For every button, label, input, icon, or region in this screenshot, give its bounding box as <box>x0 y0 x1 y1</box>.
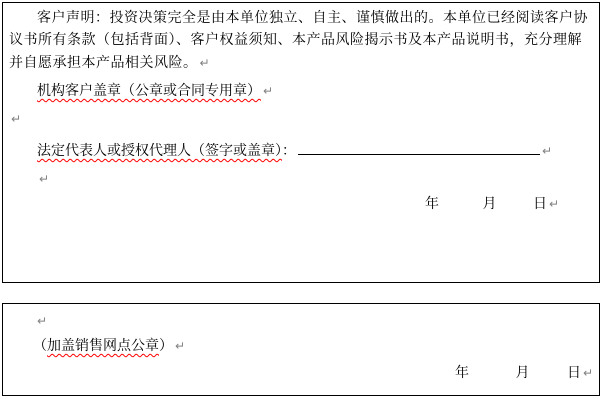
document-page: 客户声明：投资决策完全是由本单位独立、自主、谨慎做出的。本单位已经阅读客户协议书… <box>0 0 604 399</box>
date-line: 年 月 日↵ <box>425 193 559 216</box>
empty-paragraph: ↵ <box>9 108 21 131</box>
date-month-label: 月 <box>482 194 496 216</box>
legal-rep-colon: ： <box>282 144 296 159</box>
date-month-label: 月 <box>515 363 529 385</box>
paragraph-mark-icon: ↵ <box>37 172 49 186</box>
paragraph-mark-icon: ↵ <box>547 197 559 211</box>
seal-note-close-paren: ） <box>159 339 173 354</box>
empty-paragraph: ↵ <box>35 310 47 333</box>
paragraph-mark-icon: ↵ <box>540 144 552 158</box>
declaration-statement-text: 客户声明：投资决策完全是由本单位独立、自主、谨慎做出的。本单位已经阅读客户协议书… <box>9 11 588 71</box>
signature-blank-line[interactable] <box>298 140 540 155</box>
date-day-label: 日 <box>567 363 581 385</box>
declaration-box: 客户声明：投资决策完全是由本单位独立、自主、谨慎做出的。本单位已经阅读客户协议书… <box>2 2 600 283</box>
date-year-label: 年 <box>425 194 439 216</box>
date-line: 年 月 日↵ <box>455 362 593 385</box>
seal-note-label: 加盖销售网点公章 <box>47 339 159 354</box>
date-day-label: 日 <box>533 194 547 216</box>
empty-paragraph: ↵ <box>37 168 49 191</box>
paragraph-mark-icon: ↵ <box>261 84 273 98</box>
org-seal-label: 机构客户盖章（公章或合同专用章） <box>37 84 261 99</box>
paragraph-mark-icon: ↵ <box>9 112 21 126</box>
declaration-statement: 客户声明：投资决策完全是由本单位独立、自主、谨慎做出的。本单位已经阅读客户协议书… <box>9 8 593 75</box>
sales-seal-line: （加盖销售网点公章）↵ <box>33 335 185 358</box>
date-year-label: 年 <box>455 363 469 385</box>
seal-note-open-paren: （ <box>33 339 47 354</box>
paragraph-mark-icon: ↵ <box>198 56 211 70</box>
legal-rep-line: 法定代表人或授权代理人（签字或盖章）：↵ <box>9 140 552 163</box>
paragraph-mark-icon: ↵ <box>581 366 593 380</box>
paragraph-mark-icon: ↵ <box>35 314 47 328</box>
org-seal-line: 机构客户盖章（公章或合同专用章）↵ <box>9 80 273 103</box>
sales-seal-box: ↵ （加盖销售网点公章）↵ 年 月 日↵ <box>2 303 600 396</box>
paragraph-mark-icon: ↵ <box>173 339 185 353</box>
legal-rep-label: 法定代表人或授权代理人（签字或盖章） <box>37 144 282 159</box>
